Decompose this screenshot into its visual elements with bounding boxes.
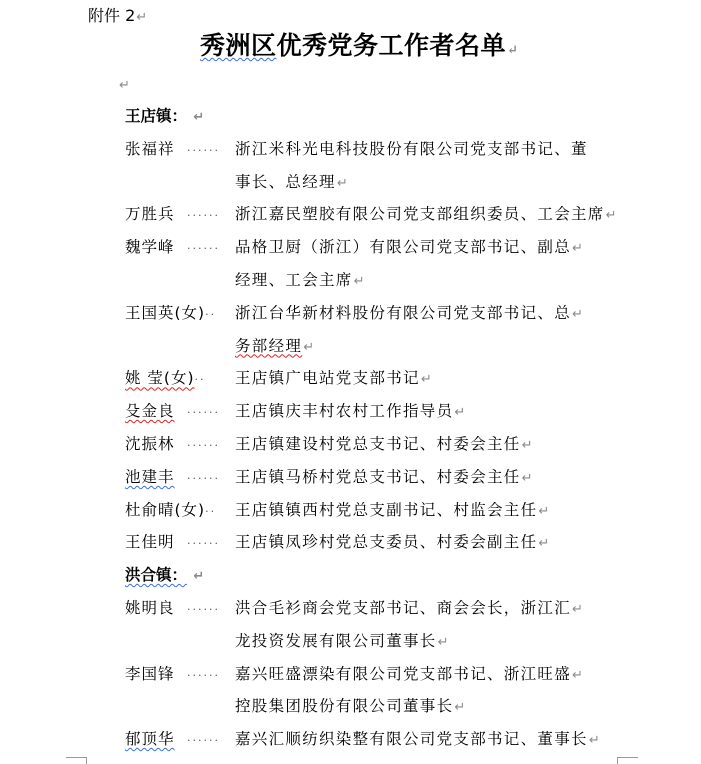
dot-leader: ······ [187,594,220,627]
person-role-cont: 经理、工会主席 [235,271,353,289]
person-role-text: 王店镇建设村党总支书记、村委会主任 [235,435,521,453]
paragraph-mark-icon: ↵ [303,340,315,355]
person-role-text: 洪合毛衫商会党支部书记、商会会长，浙江汇 [235,599,571,617]
dot-leader: ·· [205,496,216,529]
person-role-cont: 控股集团股份有限公司董事长 [235,697,453,715]
person-role-text: 王店镇广电站党支部书记 [235,369,420,387]
person-role-text: 浙江台华新材料股份有限公司党支部书记、总 [235,304,571,322]
paragraph-mark-icon: ↵ [538,536,550,551]
list-item: 郁顶华······嘉兴汇顺纺织染整有限公司党支部书记、董事长↵ [125,723,625,756]
dot-leader: ·· [205,299,216,332]
person-name: 魏学峰 [125,231,187,264]
paragraph-mark-icon: ↵ [136,10,147,25]
person-name: 王国英(女) [125,297,205,330]
list-item: 殳金良······王店镇庆丰村农村工作指导员↵ [125,395,625,428]
person-role: 王店镇广电站党支部书记↵ [235,362,433,397]
dot-leader: ······ [187,397,220,430]
paragraph-mark-icon: ↵ [606,208,618,223]
person-role: 王店镇马桥村党总支书记、村委会主任↵ [235,461,534,496]
list-item: 池建丰······王店镇马桥村党总支书记、村委会主任↵ [125,461,625,494]
person-name: 殳金良 [125,395,187,428]
person-role: 浙江嘉民塑胶有限公司党支部组织委员、工会主席↵ [235,198,618,233]
attachment-label: 附件 2↵ [88,6,147,28]
list-item: 沈振林······王店镇建设村党总支书记、村委会主任↵ [125,428,625,461]
dot-leader: ······ [187,660,220,693]
list-item: 姚 莹(女)··王店镇广电站党支部书记↵ [125,362,625,395]
dot-leader: ······ [187,430,220,463]
dot-leader: ······ [187,463,220,496]
list-item-continuation: 经理、工会主席↵ [125,264,625,297]
document-page: 附件 2↵ 秀洲区优秀党务工作者名单↵ ↵ 王店镇： ↵ 张福祥······浙江… [0,0,701,764]
dot-leader: ·· [195,364,206,397]
paragraph-mark-icon: ↵ [119,78,130,93]
person-role: 嘉兴汇顺纺织染整有限公司党支部书记、董事长↵ [235,723,601,758]
document-title: 秀洲区优秀党务工作者名单↵ [200,30,518,67]
title-rest: 优秀党务工作者名单 [277,31,507,60]
paragraph-mark-icon: ↵ [522,438,534,453]
person-role-cont: 事长、总经理 [235,173,336,191]
dot-leader: ······ [187,725,220,758]
paragraph-mark-icon: ↵ [572,668,584,683]
page-margin-corner-mark-right [617,757,638,764]
person-name: 姚明良 [125,592,187,625]
document-body: 王店镇： ↵ 张福祥······浙江米科光电科技股份有限公司党支部书记、董 事长… [125,100,625,756]
person-name: 万胜兵 [125,198,187,231]
paragraph-mark-icon: ↵ [337,176,349,191]
person-name: 池建丰 [125,461,187,494]
paragraph-mark-icon: ↵ [538,504,550,519]
paragraph-mark-icon: ↵ [589,733,601,748]
list-item: 万胜兵······浙江嘉民塑胶有限公司党支部组织委员、工会主席↵ [125,198,625,231]
empty-paragraph: ↵ [118,74,130,93]
dot-leader: ······ [187,233,220,266]
person-role: 浙江台华新材料股份有限公司党支部书记、总↵ [235,297,584,332]
paragraph-mark-icon: ↵ [454,405,466,420]
person-role: 王店镇庆丰村农村工作指导员↵ [235,395,467,430]
paragraph-mark-icon: ↵ [454,700,466,715]
paragraph-mark-icon: ↵ [507,43,518,58]
person-name: 张福祥 [125,133,187,166]
person-role-text: 王店镇马桥村党总支书记、村委会主任 [235,468,521,486]
list-item: 姚明良······洪合毛衫商会党支部书记、商会会长，浙江汇↵ [125,592,625,625]
person-name: 沈振林 [125,428,187,461]
list-item-continuation: 龙投资发展有限公司董事长↵ [125,625,625,658]
list-item: 魏学峰······品格卫厨（浙江）有限公司党支部书记、副总↵ [125,231,625,264]
paragraph-mark-icon: ↵ [572,602,584,617]
person-role-text: 嘉兴汇顺纺织染整有限公司党支部书记、董事长 [235,730,588,748]
list-item-continuation: 事长、总经理↵ [125,166,625,199]
person-role: 王店镇凤珍村党总支委员、村委会副主任↵ [235,526,551,561]
paragraph-mark-icon: ↵ [193,569,204,584]
person-role-text: 王店镇庆丰村农村工作指导员 [235,402,453,420]
attachment-text: 附件 2 [88,6,135,25]
dot-leader: ······ [187,200,220,233]
list-item: 王国英(女)··浙江台华新材料股份有限公司党支部书记、总↵ [125,297,625,330]
person-name: 姚 莹(女) [125,362,195,395]
list-item: 王佳明······王店镇凤珍村党总支委员、村委会副主任↵ [125,526,625,559]
section-heading-wangdian: 王店镇： ↵ [125,100,625,133]
person-role: 王店镇镇西村党总支副书记、村监会主任↵ [235,494,551,529]
person-name: 郁顶华 [125,723,187,756]
person-role-text: 王店镇凤珍村党总支委员、村委会副主任 [235,533,537,551]
title-spellcheck-part: 秀洲区 [200,31,277,60]
person-role: 王店镇建设村党总支书记、村委会主任↵ [235,428,534,463]
list-item: 杜俞晴(女)··王店镇镇西村党总支副书记、村监会主任↵ [125,494,625,527]
paragraph-mark-icon: ↵ [354,274,366,289]
paragraph-mark-icon: ↵ [193,110,204,125]
person-role: 洪合毛衫商会党支部书记、商会会长，浙江汇↵ [235,592,584,627]
paragraph-mark-icon: ↵ [421,372,433,387]
paragraph-mark-icon: ↵ [572,241,584,256]
paragraph-mark-icon: ↵ [522,471,534,486]
person-role-text: 嘉兴旺盛漂染有限公司党支部书记、浙江旺盛 [235,665,571,683]
dot-leader: ······ [187,135,220,168]
list-item: 张福祥······浙江米科光电科技股份有限公司党支部书记、董 [125,133,625,166]
person-role: 嘉兴旺盛漂染有限公司党支部书记、浙江旺盛↵ [235,658,584,693]
paragraph-mark-icon: ↵ [572,307,584,322]
paragraph-mark-icon: ↵ [438,635,450,650]
section-heading-honghe: 洪合镇： ↵ [125,559,625,592]
person-role: 品格卫厨（浙江）有限公司党支部书记、副总↵ [235,231,584,266]
person-role-text: 王店镇镇西村党总支副书记、村监会主任 [235,501,537,519]
page-margin-corner-mark-left [66,757,87,764]
section-heading-text: 洪合镇： [125,566,187,584]
dot-leader: ······ [187,528,220,561]
person-name: 杜俞晴(女) [125,494,205,527]
list-item-continuation: 务部经理↵ [125,330,625,363]
list-item-continuation: 控股集团股份有限公司董事长↵ [125,690,625,723]
person-name: 李国锋 [125,658,187,691]
person-role-text: 浙江嘉民塑胶有限公司党支部组织委员、工会主席 [235,205,605,223]
person-role-cont: 龙投资发展有限公司董事长 [235,632,437,650]
person-name: 王佳明 [125,526,187,559]
person-role: 浙江米科光电科技股份有限公司党支部书记、董 [235,133,588,166]
person-role-text: 品格卫厨（浙江）有限公司党支部书记、副总 [235,238,571,256]
list-item: 李国锋······嘉兴旺盛漂染有限公司党支部书记、浙江旺盛↵ [125,658,625,691]
person-role-cont: 务部经理 [235,337,302,355]
section-heading-text: 王店镇： [125,107,187,125]
